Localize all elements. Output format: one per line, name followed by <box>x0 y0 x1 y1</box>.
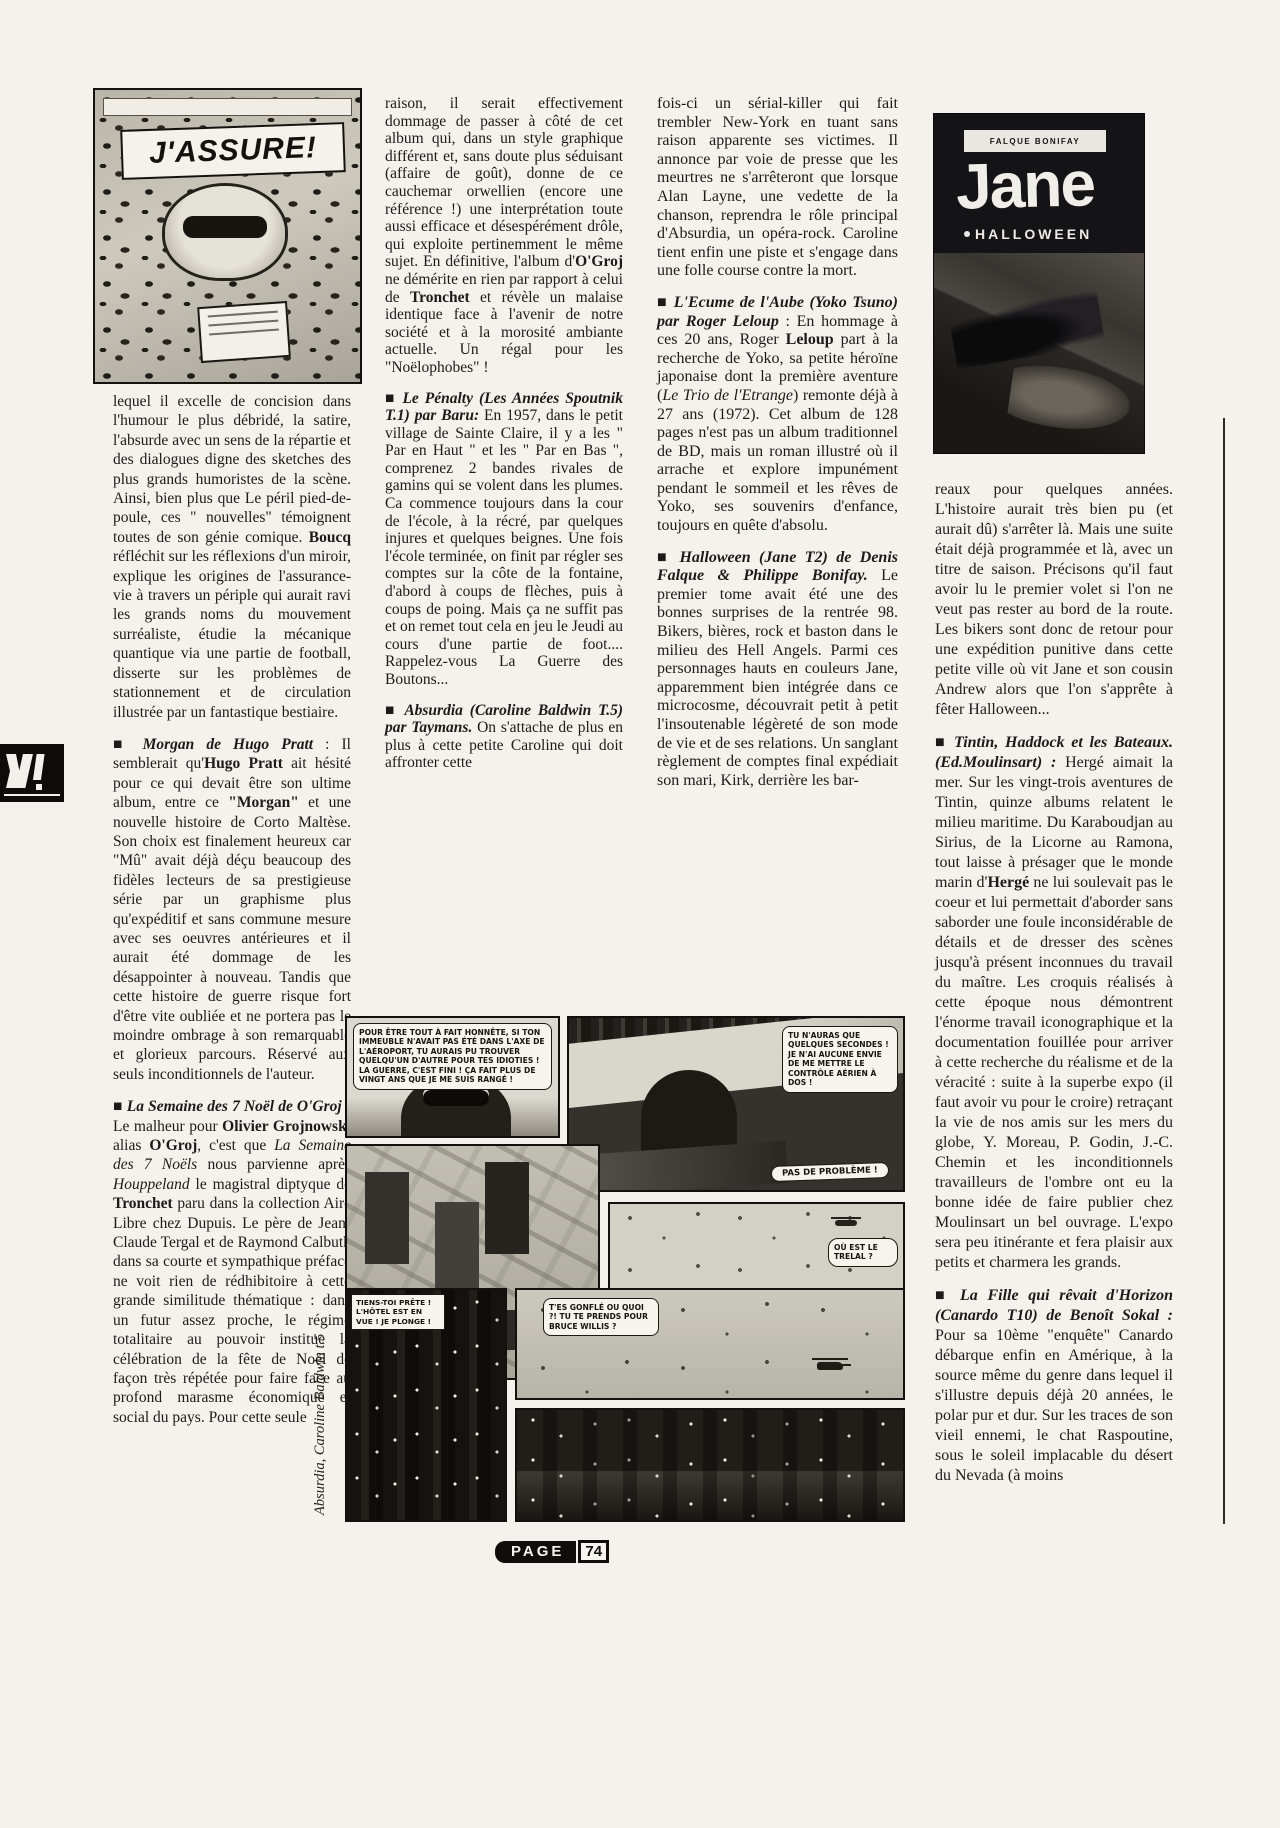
jane-cover-subtitle: HALLOWEEN <box>964 226 1092 242</box>
column1-paragraph-continuation: lequel il excelle de concision dans l'hu… <box>113 392 351 722</box>
jassure-character-glasses <box>183 216 267 238</box>
page-footer: PAGE 74 <box>495 1540 609 1563</box>
speech-bubble-gonfle: T'ES GONFLÉ OU QUOI ?! TU TE PRENDS POUR… <box>543 1298 659 1336</box>
jassure-name-tag <box>197 301 291 363</box>
strip-panel-cockpit: TU N'AURAS QUE QUELQUES SECONDES ! JE N'… <box>567 1016 905 1192</box>
jane-cover-title: Jane <box>955 146 1095 224</box>
city-buildings <box>365 1172 409 1264</box>
review-morgan-hugo-pratt: ■ Morgan de Hugo Pratt : Il semblerait q… <box>113 735 351 1084</box>
column3-paragraph-continuation: fois-ci un sérial-killer qui fait trembl… <box>657 95 898 281</box>
strip-panel-character: POUR ÊTRE TOUT À FAIT HONNÊTE, SI TON IM… <box>345 1016 560 1138</box>
jassure-title-banner: J'ASSURE! <box>120 122 346 180</box>
jassure-cover-image: J'ASSURE! <box>93 88 362 384</box>
jane-cover-scene <box>934 253 1144 453</box>
character-sunglasses <box>423 1090 489 1106</box>
speech-bubble-trelal: OÙ EST LE TRELAL ? <box>828 1238 898 1267</box>
comic-strip-excerpt: POUR ÊTRE TOUT À FAIT HONNÊTE, SI TON IM… <box>345 1012 905 1522</box>
review-fille-qui-revait-horizon-canardo: ■ La Fille qui rêvait d'Horizon (Canardo… <box>935 1286 1173 1486</box>
magazine-logo-icon <box>0 744 64 802</box>
text-column-2: raison, il serait effectivement dommage … <box>385 95 623 785</box>
jassure-cover-top-strip <box>103 98 352 116</box>
strip-panel-night-buildings: TIENS-TOI PRÊTE ! L'HÔTEL EST EN VUE ! J… <box>345 1288 507 1522</box>
right-margin-rule <box>1223 418 1225 1524</box>
speech-bubble-honnete: POUR ÊTRE TOUT À FAIT HONNÊTE, SI TON IM… <box>353 1023 552 1090</box>
strip-side-caption: Absurdia, Caroline Baldwin t.5 <box>312 1275 329 1515</box>
review-halloween-jane-t2: ■ Halloween (Jane T2) de Denis Falque & … <box>657 549 898 791</box>
review-absurdia-taymans: ■ Absurdia (Caroline Baldwin T.5) par Ta… <box>385 702 623 772</box>
speech-banner-probleme: PAS DE PROBLÈME ! <box>771 1162 889 1182</box>
caption-box-hotel: TIENS-TOI PRÊTE ! L'HÔTEL EST EN VUE ! J… <box>351 1294 445 1330</box>
column2-paragraph-continuation: raison, il serait effectivement dommage … <box>385 95 623 377</box>
review-le-penalty-baru: ■ Le Pénalty (Les Années Spoutnik T.1) p… <box>385 390 623 689</box>
jane-cover-motorcycle <box>948 290 1105 369</box>
jassure-title: J'ASSURE! <box>149 131 318 171</box>
text-column-3: fois-ci un sérial-killer qui fait trembl… <box>657 95 898 803</box>
helicopter-icon <box>817 1362 843 1370</box>
helicopter-icon <box>835 1220 857 1226</box>
strip-panel-snowfall: T'ES GONFLÉ OU QUOI ?! TU TE PRENDS POUR… <box>515 1288 905 1400</box>
magazine-logo-glyph <box>0 744 64 802</box>
speech-bubble-secondes: TU N'AURAS QUE QUELQUES SECONDES ! JE N'… <box>782 1026 898 1093</box>
page-number: 74 <box>578 1540 609 1563</box>
review-tintin-haddock-bateaux: ■ Tintin, Haddock et les Bateaux. (Ed.Mo… <box>935 733 1173 1273</box>
review-ecume-de-laube-leloup: ■ L'Ecume de l'Aube (Yoko Tsuno) par Rog… <box>657 294 898 536</box>
jane-cover-fallen-figure <box>1006 361 1133 437</box>
jane-cover-image: FALQUE BONIFAY Jane HALLOWEEN <box>933 113 1145 454</box>
page-label: PAGE <box>495 1541 576 1563</box>
cockpit-seat <box>576 1141 788 1192</box>
column4-paragraph-continuation: reaux pour quelques années. L'histoire a… <box>935 480 1173 720</box>
text-column-4: reaux pour quelques années. L'histoire a… <box>935 480 1173 1499</box>
strip-panel-night-city <box>515 1408 905 1522</box>
